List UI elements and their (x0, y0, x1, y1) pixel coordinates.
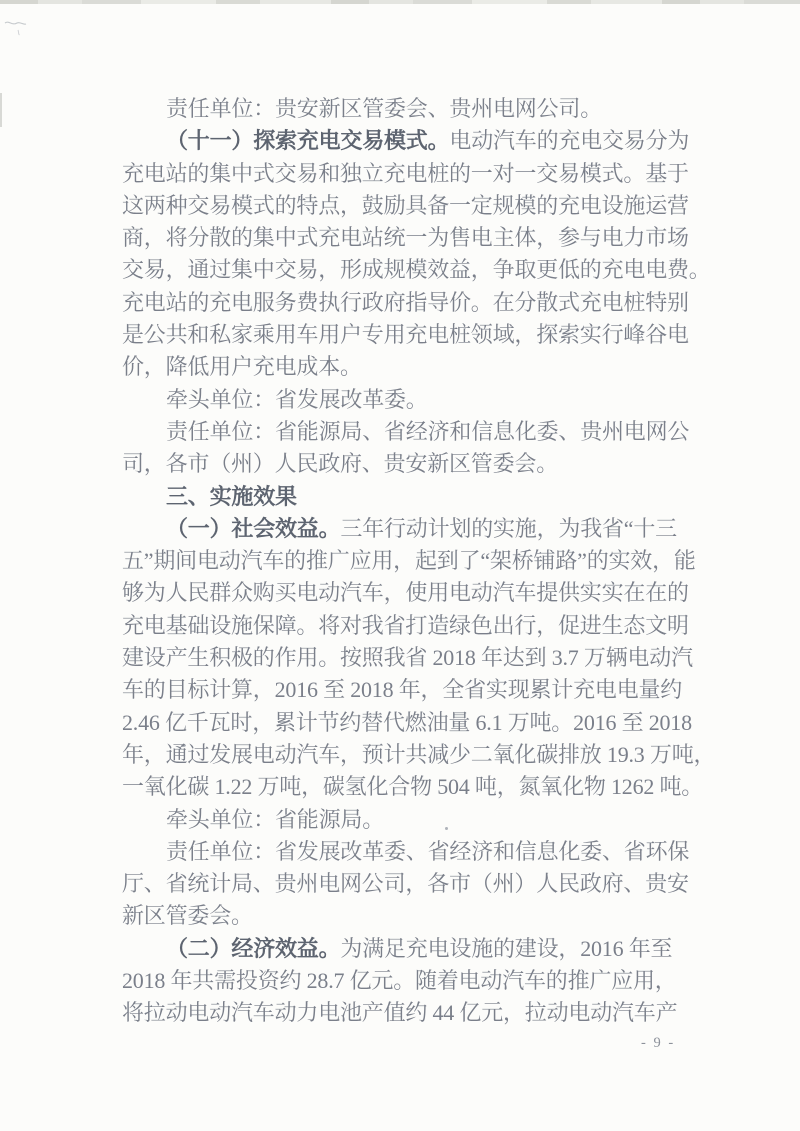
text-line: 一氧化碳 1.22 万吨，碳氢化合物 504 吨，氮氧化物 1262 吨。 (122, 771, 697, 803)
text-line: 商，将分散的集中式充电站统一为售电主体，参与电力市场 (122, 222, 697, 254)
text-body: 责任单位：贵安新区管委会、贵州电网公司。（十一）探索充电交易模式。电动汽车的充电… (122, 93, 697, 1030)
text-line: 厅、省统计局、贵州电网公司，各市（州）人民政府、贵安 (122, 868, 697, 900)
heading-run: （一）社会效益。 (166, 516, 340, 541)
text-run: 五”期间电动汽车的推广应用，起到了“架桥铺路”的实效，能 (122, 548, 696, 573)
text-run: 牵头单位：省发展改革委。 (166, 387, 428, 412)
text-line: 充电基础设施保障。将对我省打造绿色出行，促进生态文明 (122, 610, 697, 642)
text-line: 2.46 亿千瓦时，累计节约替代燃油量 6.1 万吨。2016 至 2018 (122, 707, 697, 739)
text-run: 这两种交易模式的特点，鼓励具备一定规模的充电设施运营 (122, 193, 689, 218)
text-line: 建设产生积极的作用。按照我省 2018 年达到 3.7 万辆电动汽 (122, 642, 697, 674)
scan-edge-streak (0, 93, 2, 127)
text-line: （二）经济效益。为满足充电设施的建设，2016 年至 (122, 933, 697, 965)
text-line: 牵头单位：省发展改革委。 (122, 384, 697, 416)
heading-run: （二）经济效益。 (166, 936, 340, 961)
text-line: 新区管委会。 (122, 900, 697, 932)
text-line: 责任单位：省发展改革委、省经济和信息化委、省环保 (122, 836, 697, 868)
text-run: 交易，通过集中交易，形成规模效益，争取更低的充电电费。 (122, 257, 711, 282)
text-run: 充电站的充电服务费执行政府指导价。在分散式充电桩特别 (122, 290, 689, 315)
text-line: 够为人民群众购买电动汽车，使用电动汽车提供实实在在的 (122, 577, 697, 609)
text-run: 三年行动计划的实施，为我省“十三 (340, 516, 677, 541)
text-run: 牵头单位：省能源局。 (166, 807, 384, 832)
text-line: 充电站的充电服务费执行政府指导价。在分散式充电桩特别 (122, 287, 697, 319)
text-line: 责任单位：省能源局、省经济和信息化委、贵州电网公 (122, 416, 697, 448)
pencil-mark (4, 18, 38, 40)
text-run: 2018 年共需投资约 28.7 亿元。随着电动汽车的推广应用， (122, 968, 677, 993)
text-line: 是公共和私家乘用车用户专用充电桩领域，探索实行峰谷电 (122, 319, 697, 351)
text-line: 2018 年共需投资约 28.7 亿元。随着电动汽车的推广应用， (122, 965, 697, 997)
text-line: 充电站的集中式交易和独立充电桩的一对一交易模式。基于 (122, 158, 697, 190)
scan-edge-band (0, 0, 800, 4)
text-run: 责任单位：省发展改革委、省经济和信息化委、省环保 (166, 839, 689, 864)
scanned-document-page: { "page": { "paper_color": "#fcfcfa", "t… (0, 0, 800, 1131)
text-run: 电动汽车的充电交易分为 (449, 128, 689, 153)
text-run: 是公共和私家乘用车用户专用充电桩领域，探索实行峰谷电 (122, 322, 689, 347)
text-line: 这两种交易模式的特点，鼓励具备一定规模的充电设施运营 (122, 190, 697, 222)
text-line: 五”期间电动汽车的推广应用，起到了“架桥铺路”的实效，能 (122, 545, 697, 577)
text-run: 将拉动电动汽车动力电池产值约 44 亿元，拉动电动汽车产 (122, 1000, 677, 1025)
text-run: 够为人民群众购买电动汽车，使用电动汽车提供实实在在的 (122, 580, 689, 605)
text-line: 三、实施效果 (122, 481, 697, 513)
text-line: （一）社会效益。三年行动计划的实施，为我省“十三 (122, 513, 697, 545)
text-run: 2.46 亿千瓦时，累计节约替代燃油量 6.1 万吨。2016 至 2018 (122, 710, 692, 735)
text-run: 充电站的集中式交易和独立充电桩的一对一交易模式。基于 (122, 161, 689, 186)
text-run: 价，降低用户充电成本。 (122, 354, 362, 379)
text-run: 厅、省统计局、贵州电网公司，各市（州）人民政府、贵安 (122, 871, 689, 896)
text-line: 司，各市（州）人民政府、贵安新区管委会。 (122, 448, 697, 480)
page-number: - 9 - (641, 1035, 675, 1052)
heading-run: 三、实施效果 (166, 484, 297, 509)
text-run: 责任单位：省能源局、省经济和信息化委、贵州电网公 (166, 419, 689, 444)
text-line: 将拉动电动汽车动力电池产值约 44 亿元，拉动电动汽车产 (122, 997, 697, 1029)
heading-run: （十一）探索充电交易模式。 (166, 128, 449, 153)
text-line: 责任单位：贵安新区管委会、贵州电网公司。 (122, 93, 697, 125)
text-run: 一氧化碳 1.22 万吨，碳氢化合物 504 吨，氮氧化物 1262 吨。 (122, 774, 703, 799)
text-run: 商，将分散的集中式充电站统一为售电主体，参与电力市场 (122, 225, 689, 250)
text-line: 交易，通过集中交易，形成规模效益，争取更低的充电电费。 (122, 254, 697, 286)
text-line: 价，降低用户充电成本。 (122, 351, 697, 383)
text-run: 车的目标计算，2016 至 2018 年，全省实现累计充电电量约 (122, 677, 682, 702)
text-line: 年，通过发展电动汽车，预计共减少二氧化碳排放 19.3 万吨， (122, 739, 697, 771)
text-line: 车的目标计算，2016 至 2018 年，全省实现累计充电电量约 (122, 674, 697, 706)
text-run: 建设产生积极的作用。按照我省 2018 年达到 3.7 万辆电动汽 (122, 645, 693, 670)
text-line: （十一）探索充电交易模式。电动汽车的充电交易分为 (122, 125, 697, 157)
text-run: 司，各市（州）人民政府、贵安新区管委会。 (122, 451, 558, 476)
text-run: 年，通过发展电动汽车，预计共减少二氧化碳排放 19.3 万吨， (122, 742, 715, 767)
text-run: 责任单位：贵安新区管委会、贵州电网公司。 (166, 96, 602, 121)
text-run: 充电基础设施保障。将对我省打造绿色出行，促进生态文明 (122, 613, 689, 638)
text-line: 牵头单位：省能源局。 (122, 804, 697, 836)
text-run: 为满足充电设施的建设，2016 年至 (340, 936, 672, 961)
text-run: 新区管委会。 (122, 903, 253, 928)
